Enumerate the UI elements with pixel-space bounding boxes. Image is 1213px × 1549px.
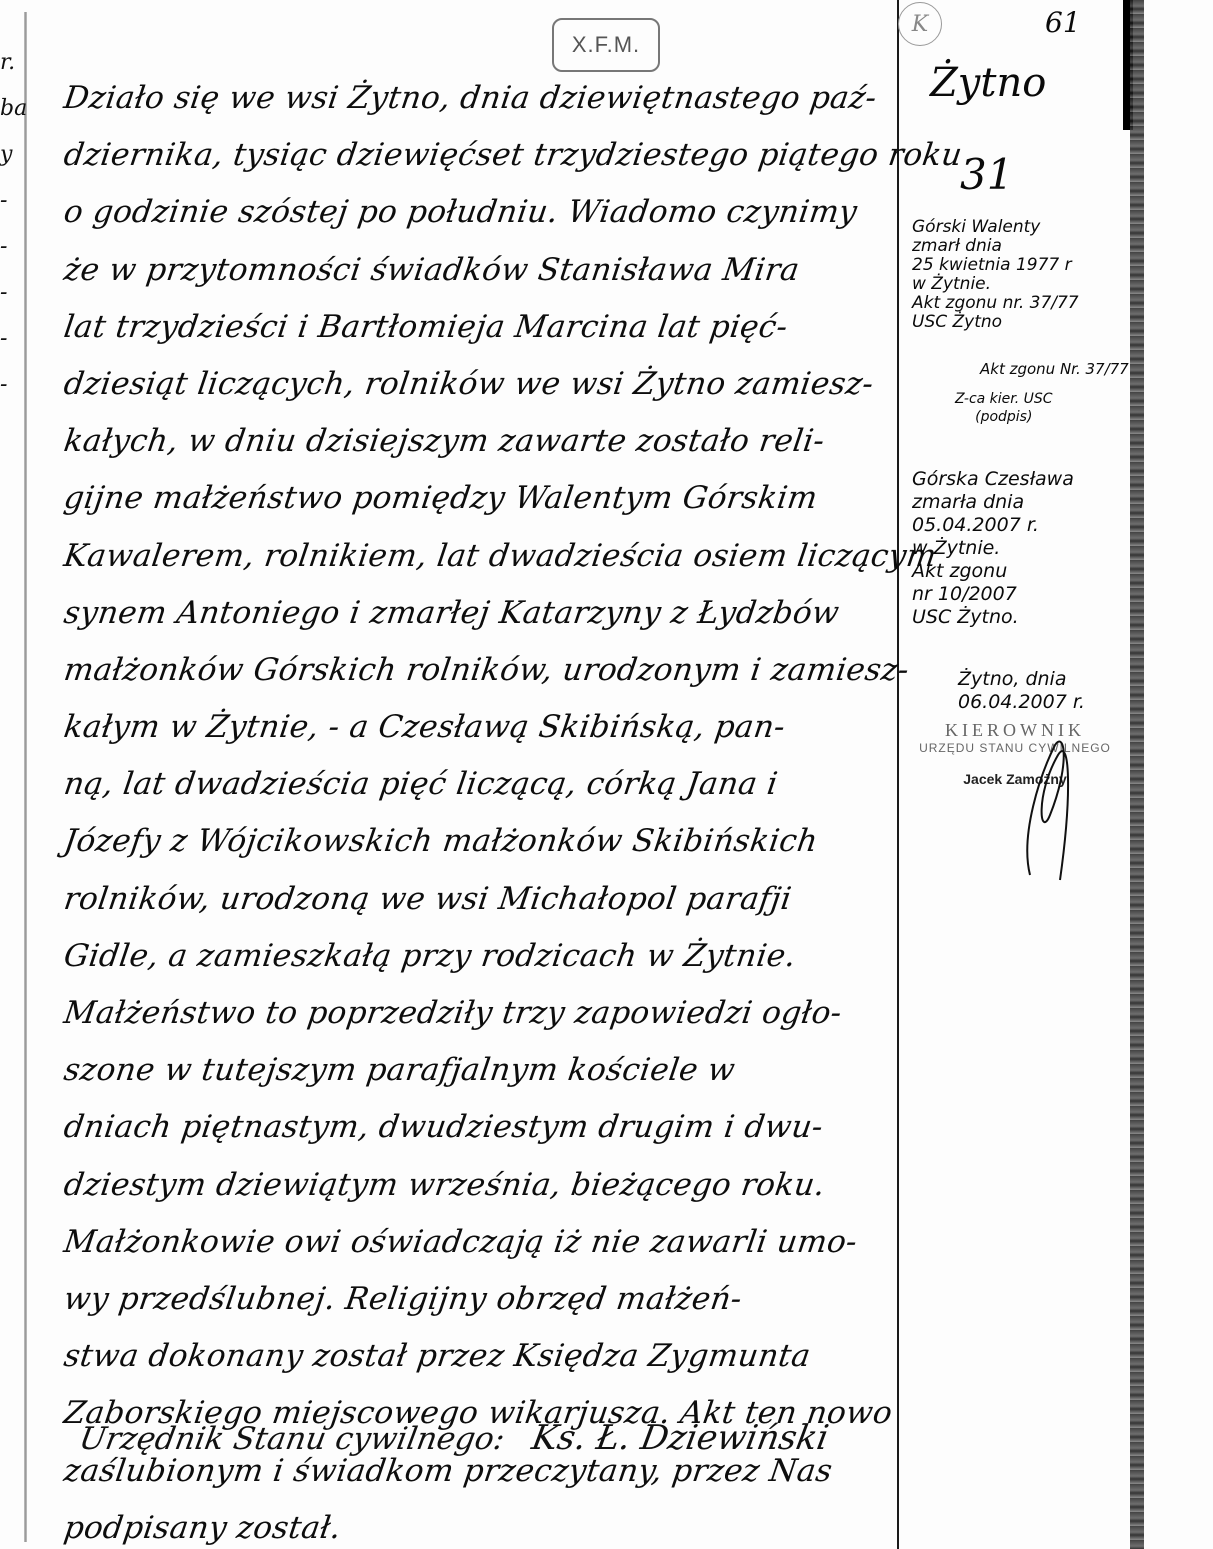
record-line: Kawalerem, rolnikiem, lat dwadzieścia os…: [60, 528, 908, 585]
circled-mark-icon: K: [898, 2, 942, 46]
annotation-date-line: 06.04.2007 r.: [958, 691, 1085, 714]
record-line: o godzinie szóstej po południu. Wiadomo …: [60, 184, 908, 241]
margin-fragment: ba: [0, 86, 22, 132]
archive-stamp: X.F.M.: [552, 18, 660, 72]
record-line: dziesiąt liczących, rolników we wsi Żytn…: [60, 356, 908, 413]
record-line: rolników, urodzoną we wsi Michałopol par…: [60, 871, 908, 928]
record-line: kałych, w dniu dzisiejszym zawarte zosta…: [60, 413, 908, 470]
annotation-line: Akt zgonu nr. 37/77: [912, 294, 1079, 313]
left-margin-fragments: r. ba y - - - - -: [0, 40, 22, 408]
record-line: lat trzydzieści i Bartłomieja Marcina la…: [60, 299, 908, 356]
entry-number: 31: [960, 150, 1013, 199]
record-line: dziernika, tysiąc dziewięćset trzydziest…: [60, 127, 908, 184]
record-line: szone w tutejszym parafjalnym kościele w: [60, 1042, 908, 1099]
record-body: Działo się we wsi Żytno, dnia dziewiętna…: [60, 70, 900, 1549]
record-line: małżonków Górskich rolników, urodzonym i…: [60, 642, 908, 699]
margin-fragment: -: [0, 316, 22, 362]
circled-mark-text: K: [912, 12, 928, 37]
record-line: dniach piętnastym, dwudziestym drugim i …: [60, 1099, 908, 1156]
record-line: wy przedślubnej. Religijny obrzęd małżeń…: [60, 1271, 908, 1328]
place-name: Żytno: [930, 60, 1046, 106]
record-line: podpisany został.: [60, 1500, 908, 1549]
archive-stamp-text: X.F.M.: [572, 32, 640, 58]
margin-fragment: -: [0, 270, 22, 316]
record-line: Gidle, a zamieszkałą przy rodzicach w Ży…: [60, 928, 908, 985]
registrar-signature-line: Urzędnik Stanu cywilnego: Ks. Ł. Dziewiń…: [76, 1418, 831, 1458]
record-line: Małżonkowie owi oświadczają iż nie zawar…: [60, 1214, 908, 1271]
page-number: 61: [1045, 6, 1081, 39]
margin-fragment: y: [0, 132, 22, 178]
record-line: ną, lat dwadzieścia pięć liczącą, córką …: [60, 756, 908, 813]
annotation-line: zmarła dnia: [912, 491, 1074, 514]
annotation-line: USC Żytno.: [912, 606, 1074, 629]
record-line: gijne małżeństwo pomiędzy Walentym Górsk…: [60, 470, 908, 527]
annotation-line: zmarł dnia: [912, 237, 1079, 256]
record-line: stwa dokonany został przez Księdza Zygmu…: [60, 1328, 908, 1385]
scan-edge-noise: [1130, 0, 1144, 1549]
annotation-date: Żytno, dnia 06.04.2007 r.: [958, 668, 1085, 714]
margin-fragment: -: [0, 362, 22, 408]
annotation-line: nr 10/2007: [912, 583, 1074, 606]
record-line: że w przytomności świadków Stanisława Mi…: [60, 242, 908, 299]
record-line: Działo się we wsi Żytno, dnia dziewiętna…: [60, 70, 908, 127]
annotation-line: 05.04.2007 r.: [912, 514, 1074, 537]
record-line: synem Antoniego i zmarłej Katarzyny z Ły…: [60, 585, 908, 642]
annotation-signature-line: (podpis): [955, 408, 1053, 426]
record-line: dziestym dziewiątym września, bieżącego …: [60, 1157, 908, 1214]
death-annotation-husband: Górski Walenty zmarł dnia 25 kwietnia 19…: [912, 218, 1079, 332]
record-line: Małżeństwo to poprzedziły trzy zapowiedz…: [60, 985, 908, 1042]
margin-fragment: -: [0, 178, 22, 224]
handwritten-signature-scribble: [1000, 735, 1090, 885]
registrar-label: Urzędnik Stanu cywilnego:: [77, 1421, 508, 1457]
annotation-signature: Z-ca kier. USC (podpis): [955, 390, 1053, 426]
annotation-sub-note: Akt zgonu Nr. 37/77: [980, 360, 1129, 378]
margin-fragment: r.: [0, 40, 22, 86]
record-line: kałym w Żytnie, - a Czesławą Skibińską, …: [60, 699, 908, 756]
annotation-line: Górska Czesława: [912, 468, 1074, 491]
annotation-line: 25 kwietnia 1977 r: [912, 256, 1079, 275]
death-annotation-wife: Górska Czesława zmarła dnia 05.04.2007 r…: [912, 468, 1074, 629]
annotation-line: USC Żytno: [912, 313, 1079, 332]
annotation-signature-line: Z-ca kier. USC: [955, 390, 1053, 408]
binding-edge-line: [24, 12, 27, 1542]
record-line: Józefy z Wójcikowskich małżonków Skibińs…: [60, 813, 908, 870]
annotation-line: w Żytnie.: [912, 275, 1079, 294]
annotation-line: w Żytnie.: [912, 537, 1074, 560]
annotation-line: Górski Walenty: [912, 218, 1079, 237]
margin-fragment: -: [0, 224, 22, 270]
scanned-document-page: r. ba y - - - - - X.F.M. Działo się we w…: [0, 0, 1213, 1549]
registrar-signature: Ks. Ł. Dziewiński: [529, 1418, 832, 1458]
annotation-date-line: Żytno, dnia: [958, 668, 1085, 691]
annotation-line: Akt zgonu: [912, 560, 1074, 583]
